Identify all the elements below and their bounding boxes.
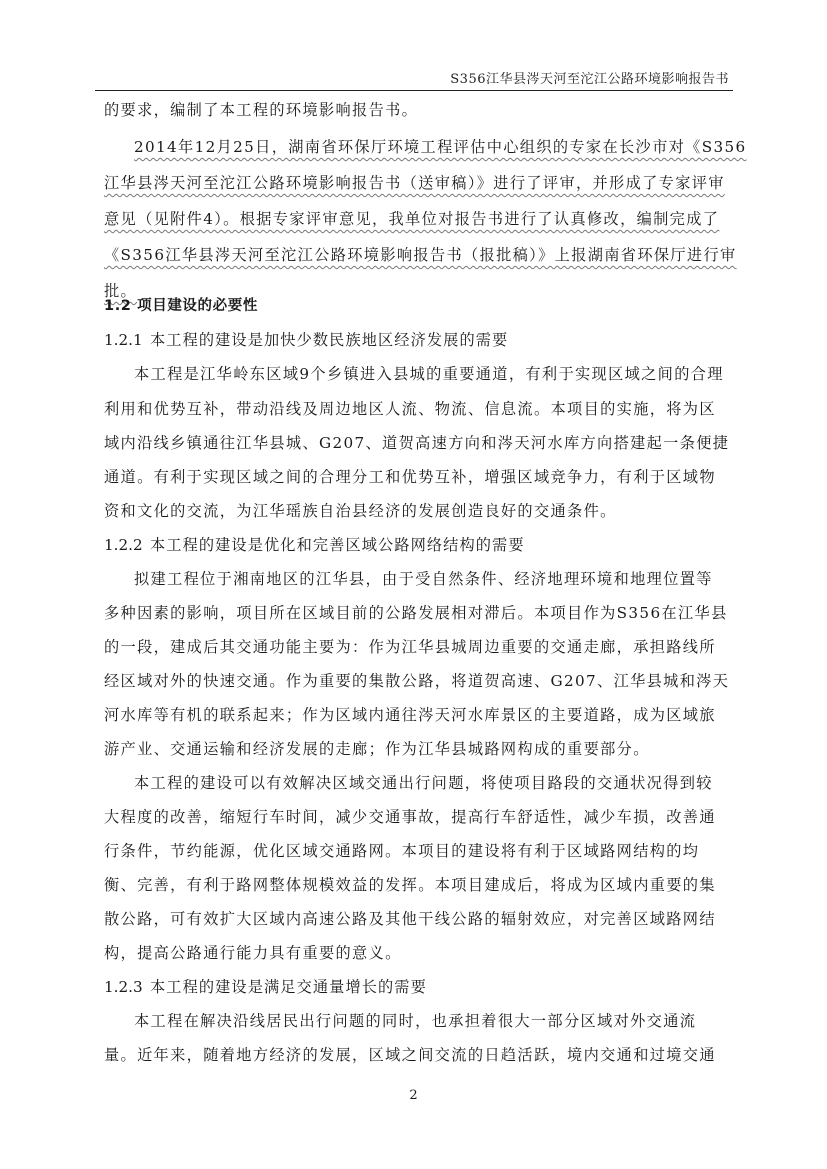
subsection-number: 1.2.1 (104, 330, 150, 350)
paragraph-line: 大程度的改善，缩短行车时间，减少交通事故，提高行车舒适性，减少车损，改善通 (104, 807, 730, 827)
paragraph-line: 多种因素的影响，项目所在区域目前的公路发展相对滞后。本项目作为S356在江华县 (104, 603, 730, 623)
paragraph-line: 构，提高公路通行能力具有重要的意义。 (104, 943, 730, 963)
running-header: S356江华县涔天河至沱江公路环境影响报告书 (95, 66, 733, 91)
header-title: S356江华县涔天河至沱江公路环境影响报告书 (450, 68, 729, 87)
paragraph-line: 资和文化的交流，为江华瑶族自治县经济的发展创造良好的交通条件。 (104, 501, 730, 521)
section-heading: 1.2 项目建设的必要性 (104, 296, 730, 316)
subsection-heading: 1.2.2本工程的建设是优化和完善区域公路网络结构的需要 (104, 535, 730, 555)
paragraph-line: 行条件，节约能源，优化区域交通路网。本项目的建设将有利于区域路网结构的均 (104, 841, 730, 861)
paragraph-line: 利用和优势互补，带动沿线及周边地区人流、物流、信息流。本项目的实施，将为区 (104, 399, 730, 419)
paragraph-line: 本工程是江华岭东区域9个乡镇进入县城的重要通道，有利于实现区域之间的合理 (134, 364, 730, 384)
paragraph-line: 拟建工程位于湘南地区的江华县，由于受自然条件、经济地理环境和地理位置等 (134, 569, 730, 589)
paragraph-line: 量。近年来，随着地方经济的发展，区域之间交流的日趋活跃，境内交通和过境交通 (104, 1045, 730, 1065)
subsection-number: 1.2.3 (104, 977, 150, 997)
paragraph-line: 经区域对外的快速交通。作为重要的集散公路，将道贺高速、G207、江华县城和涔天 (104, 671, 730, 691)
subsection-title: 本工程的建设是加快少数民族地区经济发展的需要 (150, 331, 508, 349)
paragraph-line: 本工程在解决沿线居民出行问题的同时，也承担着很大一部分区域对外交通流 (134, 1011, 730, 1031)
paragraph-line: 衡、完善，有利于路网整体规模效益的发挥。本项目建成后，将成为区域内重要的集 (104, 875, 730, 895)
paragraph-line: 河水库等有机的联系起来；作为区域内通往涔天河水库景区的主要道路，成为区域旅 (104, 705, 730, 725)
paragraph-line: 散公路，可有效扩大区域内高速公路及其他干线公路的辐射效应，对完善区域路网结 (104, 909, 730, 929)
revised-text-line: 2014年12月25日，湖南省环保厅环境工程评估中心组织的专家在长沙市对《S35… (134, 137, 730, 157)
subsection-title: 本工程的建设是满足交通量增长的需要 (150, 978, 427, 996)
paragraph-line: 通道。有利于实现区域之间的合理分工和优势互补，增强区域竞争力，有利于区域物 (104, 467, 730, 487)
paragraph-line: 游产业、交通运输和经济发展的走廊；作为江华县城路网构成的重要部分。 (104, 739, 730, 759)
paragraph-line: 的一段，建成后其交通功能主要为：作为江华县城周边重要的交通走廊，承担路线所 (104, 637, 730, 657)
paragraph-line: 域内沿线乡镇通往江华县城、G207、道贺高速方向和涔天河水库方向搭建起一条便捷 (104, 433, 730, 453)
revised-text-line: 意见（见附件4）。根据专家评审意见，我单位对报告书进行了认真修改，编制完成了 (104, 209, 730, 229)
revised-text-line: 江华县涔天河至沱江公路环境影响报告书（送审稿）》进行了评审，并形成了专家评审 (104, 173, 730, 193)
revised-text-line: 《S356江华县涔天河至沱江公路环境影响报告书（报批稿）》上报湖南省环保厅进行审 (104, 245, 730, 265)
paragraph-line: 的要求，编制了本工程的环境影响报告书。 (104, 100, 730, 120)
subsection-title: 本工程的建设是优化和完善区域公路网络结构的需要 (150, 536, 525, 554)
subsection-heading: 1.2.1本工程的建设是加快少数民族地区经济发展的需要 (104, 330, 730, 350)
subsection-number: 1.2.2 (104, 535, 150, 555)
subsection-heading: 1.2.3本工程的建设是满足交通量增长的需要 (104, 977, 730, 997)
page-number: 2 (0, 1088, 827, 1103)
paragraph-line: 本工程的建设可以有效解决区域交通出行问题，将使项目路段的交通状况得到较 (134, 773, 730, 793)
